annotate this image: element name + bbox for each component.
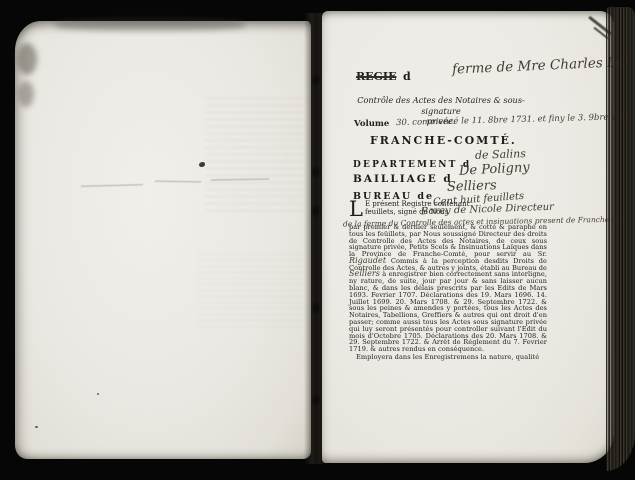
footnote-line: Employera dans les Enregistremens la nat… [349,354,547,361]
subtitle-line-1: Contrôle des Actes des Notaires & sous-s… [348,95,534,116]
regie-suffix: d [403,70,411,83]
bleedthrough-text [205,93,305,211]
volume-label: Volume [354,119,389,129]
dirt-speck [35,426,38,428]
province-heading: FRANCHE-COMTÉ. [370,134,517,147]
volume-line: Volume 30. commencé le 11. 8bre 1731. et… [354,119,389,129]
corner-dirt-smudge [18,81,34,107]
handwritten-departement: de Salins [475,147,526,162]
corner-dirt-smudge [17,43,37,75]
page-edge-stack [606,7,635,471]
binding-stitch [312,75,319,86]
top-edge-shadow [55,19,245,31]
dirt-speck [97,393,99,395]
regie-heading: REGIE d ferme de Mre Charles Labouré [356,70,411,83]
regie-struck-text: REGIE [356,70,396,83]
body-text-segment: par premier & dernier seulement, & cotté… [349,223,547,258]
binding-stitch [312,206,319,217]
dropcap-L: L [349,202,363,217]
left-page [15,21,311,459]
bleedthrough-text [197,249,303,327]
scanned-register-page: { "colors": { "scan_background": "#06060… [0,0,635,480]
handwritten-bailliage: De Poligny [459,160,530,179]
faint-ink-marks [81,184,143,187]
body-text-segment: à enregistrer bien correctement sans int… [349,270,547,353]
binding-stitch [312,395,319,406]
right-page: REGIE d ferme de Mre Charles Labouré Con… [322,11,614,463]
body-paragraph: par premier & dernier seulement, & cotté… [349,224,547,361]
faint-ink-marks [155,181,201,183]
binding-stitch [312,303,319,314]
binding-stitch [312,167,319,178]
register-statement: L E présent Registre contenant feuillets… [349,201,549,217]
